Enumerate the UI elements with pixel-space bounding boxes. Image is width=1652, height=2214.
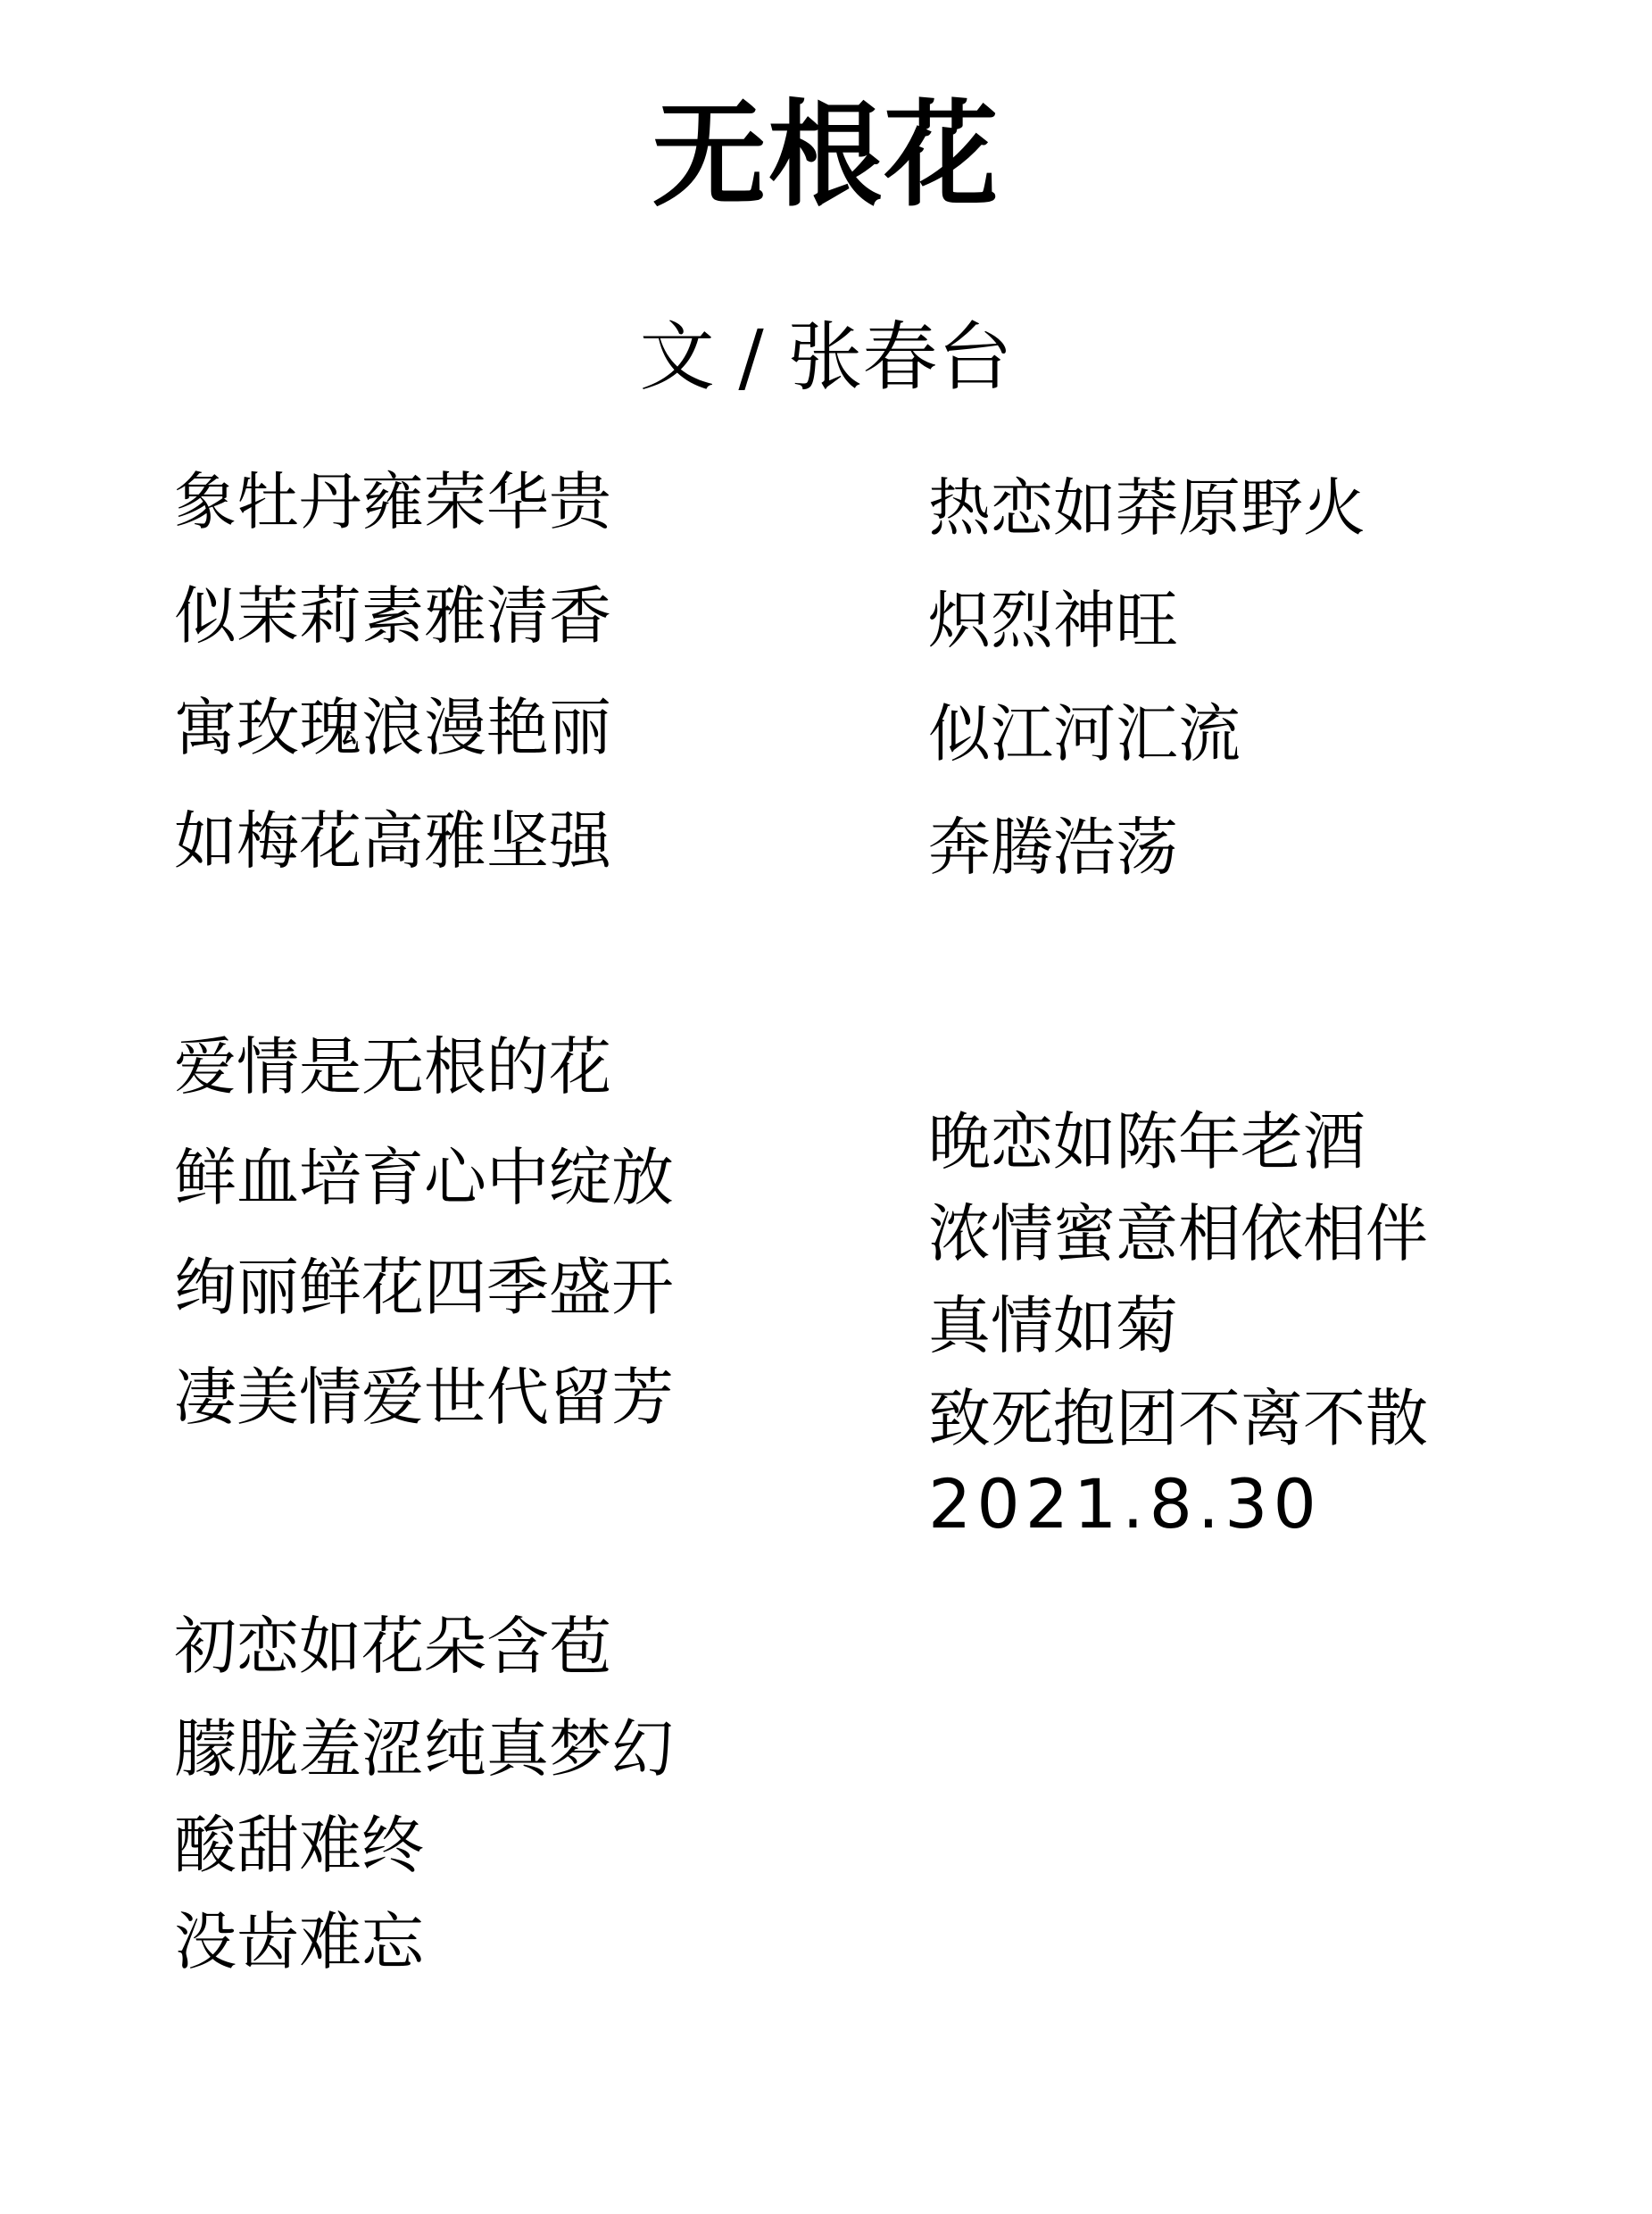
poem-line: 奔腾浩荡 bbox=[928, 812, 1178, 883]
poem-line: 初恋如花朵含苞 bbox=[174, 1611, 611, 1682]
poem-byline: 文 / 张春台 bbox=[0, 308, 1652, 406]
poem-line: 绚丽鲜花四季盛开 bbox=[174, 1252, 674, 1323]
poem-line: 凄美情爱世代留芳 bbox=[174, 1361, 674, 1433]
poem-line: 致死抱团不离不散 bbox=[928, 1383, 1428, 1454]
poem-line: 如梅花高雅坚强 bbox=[174, 805, 611, 877]
poem-line: 寓玫瑰浪漫艳丽 bbox=[174, 692, 611, 763]
poem-line: 酸甜难终 bbox=[174, 1810, 424, 1881]
poem-line: 象牡丹雍荣华贵 bbox=[174, 466, 611, 537]
poem-line: 爱情是无根的花 bbox=[174, 1031, 611, 1103]
poem-line: 炽烈神旺 bbox=[928, 585, 1178, 656]
poem-line: 晚恋如陈年老酒 bbox=[928, 1106, 1366, 1178]
poem-date: 2021.8.30 bbox=[928, 1469, 1322, 1540]
poem-line: 浓情蜜意相依相伴 bbox=[928, 1198, 1428, 1269]
poem-line: 鲜血培育心中绽放 bbox=[174, 1142, 674, 1213]
poem-line: 朦胧羞涩纯真梦幻 bbox=[174, 1713, 674, 1785]
poem-line: 没齿难忘 bbox=[174, 1906, 424, 1977]
poem-line: 热恋如莽原野火 bbox=[928, 472, 1366, 544]
poem-line: 真情如菊 bbox=[928, 1290, 1178, 1361]
poem-line: 似江河汇流 bbox=[928, 698, 1241, 770]
poem-line: 似茉莉素雅清香 bbox=[174, 580, 611, 652]
poem-title: 无根花 bbox=[0, 89, 1652, 223]
